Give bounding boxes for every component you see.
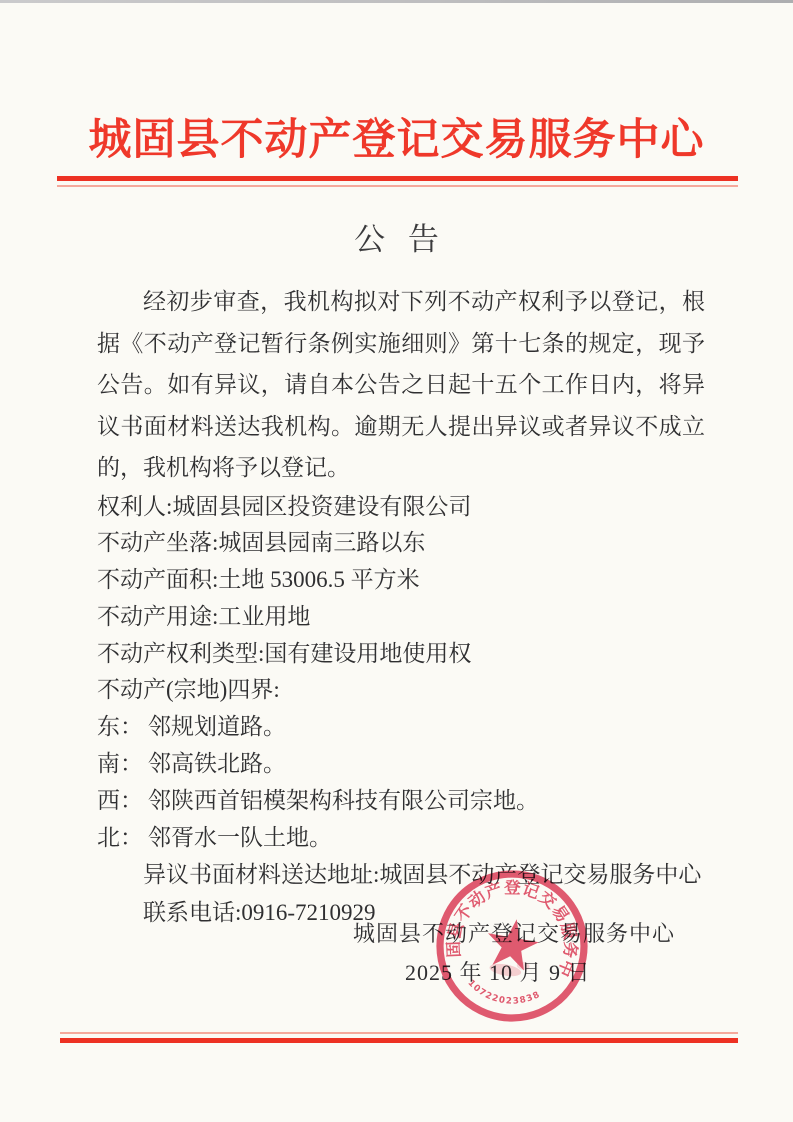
field-label: 权利人: (97, 494, 172, 519)
field-value: 工业用地 (218, 604, 310, 629)
scan-edge-artifact (0, 0, 793, 3)
footer-rule-thick (60, 1038, 738, 1043)
boundary-direction: 南： (97, 751, 143, 776)
official-seal: 城固县不动产登记交易服务中心 6107220238381 (419, 853, 604, 1038)
boundary-direction: 东： (97, 714, 143, 739)
boundary-direction: 西： (97, 788, 143, 813)
field-label: 不动产权利类型: (97, 641, 264, 666)
boundary-value: 邻规划道路。 (148, 714, 286, 739)
field-label: 不动产用途: (97, 604, 218, 629)
field-value: 土地 53006.5 平方米 (218, 567, 419, 592)
boundary-heading: 不动产(宗地)四界: (97, 672, 705, 709)
boundary-value: 邻胥水一队土地。 (148, 825, 332, 850)
scanned-document-page: 城固县不动产登记交易服务中心 公 告 经初步审查，我机构拟对下列不动产权利予以登… (0, 0, 793, 1122)
letterhead-title: 城固县不动产登记交易服务中心 (0, 106, 793, 167)
field-row-right-type: 不动产权利类型:国有建设用地使用权 (97, 636, 705, 673)
letterhead-rule-thick (57, 176, 738, 181)
field-row-area: 不动产面积:土地 53006.5 平方米 (97, 562, 705, 599)
boundary-row-west: 西：邻陕西首铝模架构科技有限公司宗地。 (97, 783, 705, 820)
field-row-location: 不动产坐落:城固县园南三路以东 (97, 525, 705, 562)
field-label: 不动产面积: (97, 567, 218, 592)
field-row-use: 不动产用途:工业用地 (97, 599, 705, 636)
field-row-holder: 权利人:城固县园区投资建设有限公司 (97, 489, 705, 526)
notice-paragraph: 经初步审查，我机构拟对下列不动产权利予以登记，根据《不动产登记暂行条例实施细则》… (97, 281, 705, 489)
field-label: 不动产坐落: (97, 530, 218, 555)
field-list: 权利人:城固县园区投资建设有限公司 不动产坐落:城固县园南三路以东 不动产面积:… (97, 489, 705, 857)
boundary-value: 邻高铁北路。 (148, 751, 286, 776)
seal-star-icon (483, 915, 542, 972)
boundary-row-east: 东：邻规划道路。 (97, 709, 705, 746)
boundary-row-south: 南：邻高铁北路。 (97, 746, 705, 783)
letterhead-rule-thin (57, 185, 738, 187)
boundary-value: 邻陕西首铝模架构科技有限公司宗地。 (148, 788, 539, 813)
boundary-direction: 北： (97, 825, 143, 850)
boundary-row-north: 北：邻胥水一队土地。 (97, 820, 705, 857)
field-value: 国有建设用地使用权 (264, 641, 471, 666)
document-body: 经初步审查，我机构拟对下列不动产权利予以登记，根据《不动产登记暂行条例实施细则》… (97, 281, 705, 932)
document-heading: 公 告 (0, 214, 793, 259)
objection-address-line: 异议书面材料送达地址:城固县不动产登记交易服务中心 (97, 856, 705, 894)
footer-rule-thin (60, 1032, 738, 1034)
field-value: 城固县园区投资建设有限公司 (172, 494, 471, 519)
field-value: 城固县园南三路以东 (218, 530, 425, 555)
